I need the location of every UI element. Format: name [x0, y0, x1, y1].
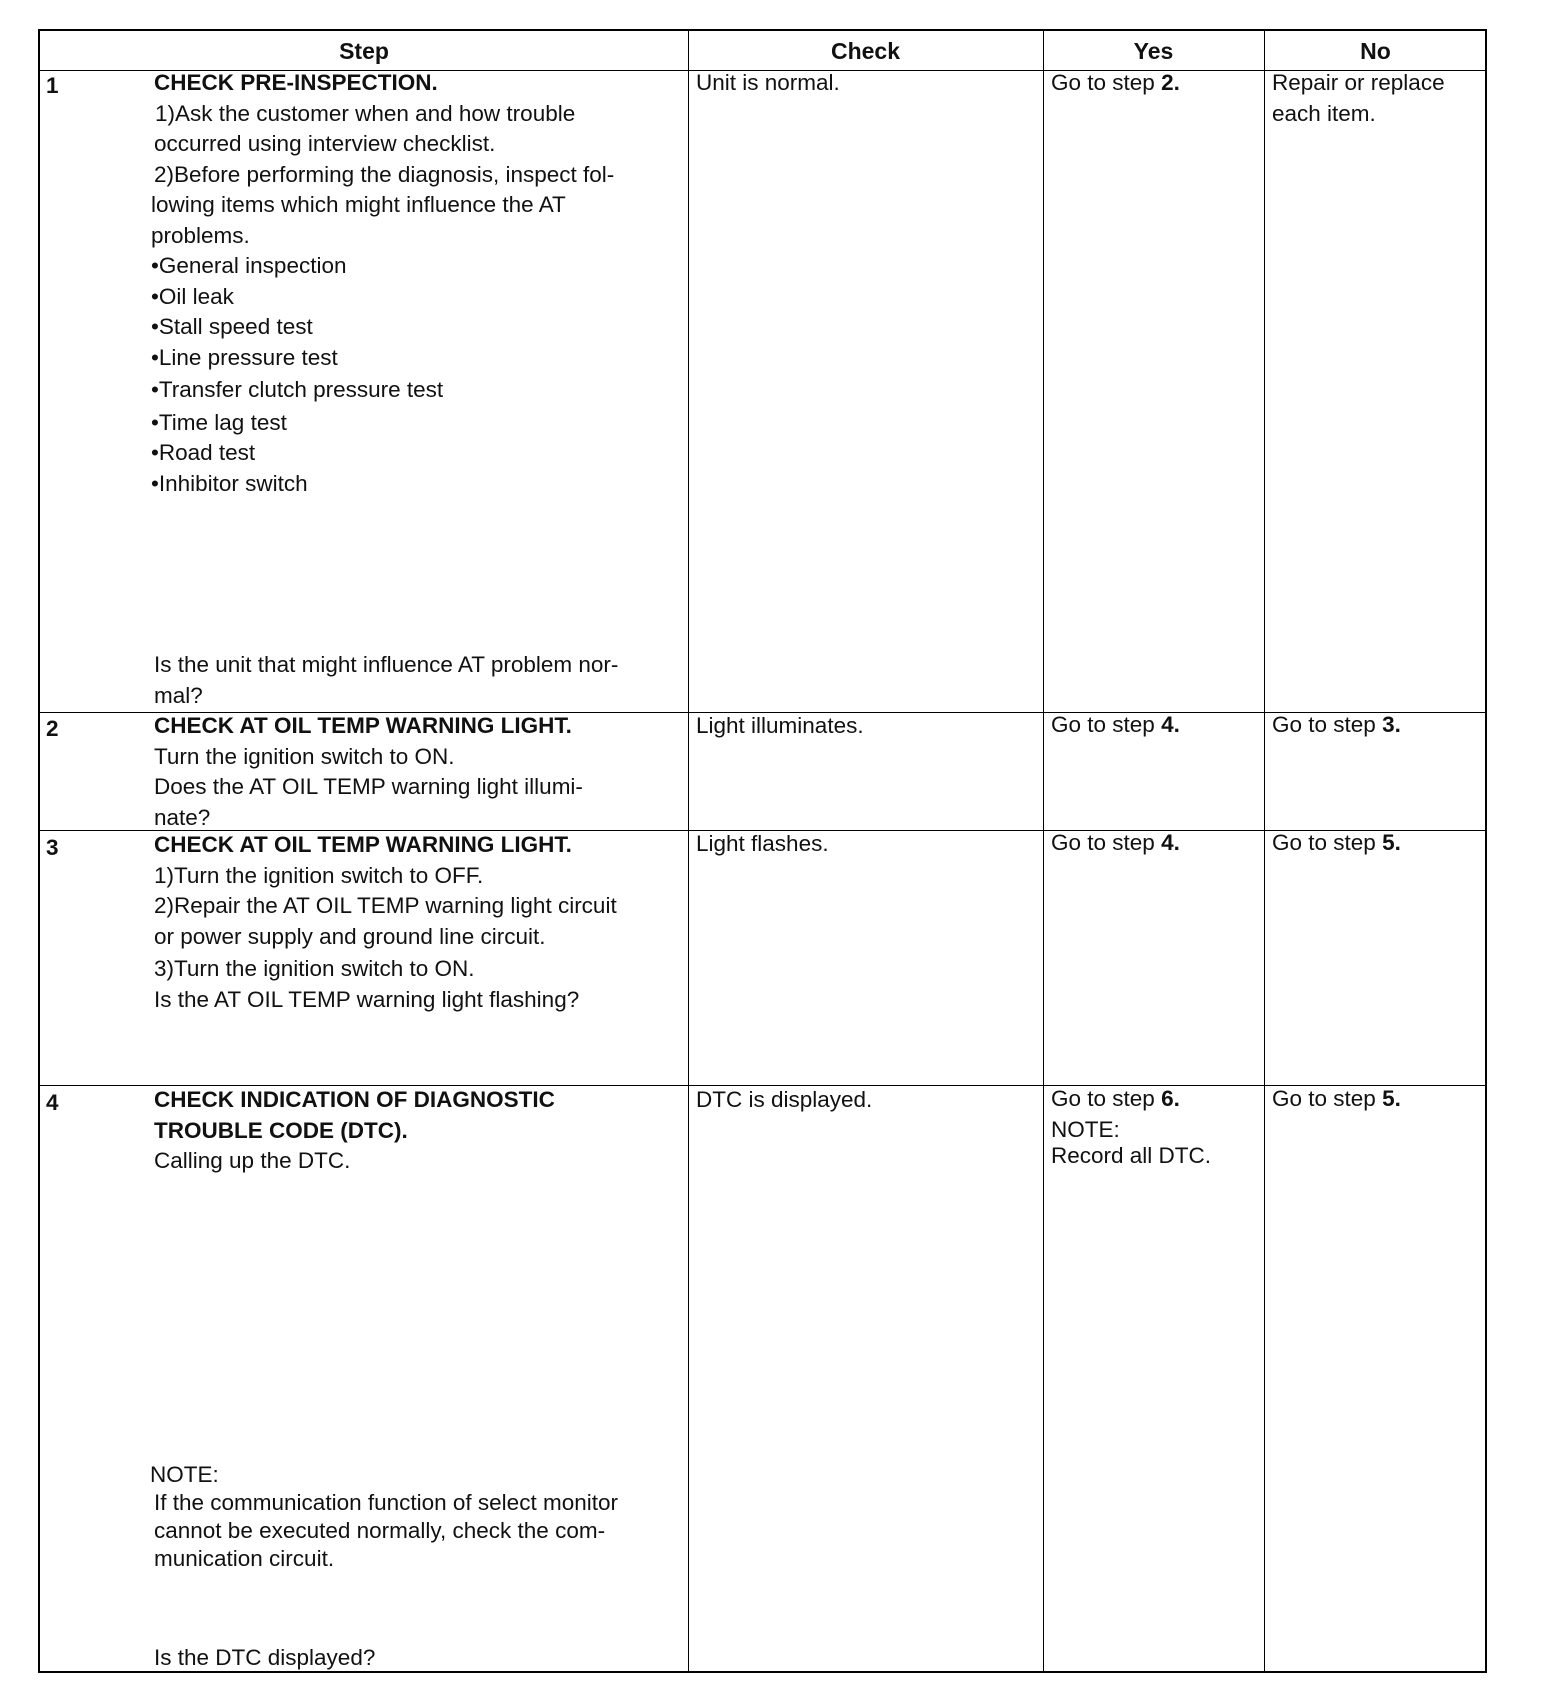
step-title: CHECK AT OIL TEMP WARNING LIGHT.	[154, 830, 617, 861]
step-content: CHECK AT OIL TEMP WARNING LIGHT. 1)Turn …	[154, 830, 617, 1015]
note-line: If the communication function of select …	[154, 1489, 618, 1517]
step-title: CHECK PRE-INSPECTION.	[154, 68, 614, 99]
bullet-item: •Road test	[151, 438, 614, 469]
step-title: CHECK AT OIL TEMP WARNING LIGHT.	[154, 711, 583, 742]
bullet-item: •Oil leak	[151, 282, 614, 313]
check-text: Light flashes.	[696, 829, 829, 860]
yes-note-label: NOTE:	[1051, 1117, 1211, 1143]
step-line: Turn the ignition switch to ON.	[154, 742, 583, 773]
no-prefix: Go to step	[1272, 1086, 1382, 1111]
yes-prefix: Go to step	[1051, 1086, 1161, 1111]
bullet-item: •Line pressure test	[151, 343, 614, 374]
no-prefix: Go to step	[1272, 830, 1382, 855]
no-line: each item.	[1272, 99, 1445, 130]
no-prefix: Go to step	[1272, 712, 1382, 737]
step-line: Does the AT OIL TEMP warning light illum…	[154, 772, 583, 803]
column-divider	[688, 31, 689, 1671]
step-line: lowing items which might influence the A…	[151, 190, 614, 221]
yes-prefix: Go to step	[1051, 70, 1161, 95]
no-action: Go to step 3.	[1272, 710, 1401, 741]
step-line: problems.	[151, 221, 614, 252]
question-line: Is the unit that might influence AT prob…	[154, 650, 618, 681]
note-line: munication circuit.	[154, 1545, 618, 1573]
column-divider	[1043, 31, 1044, 1671]
no-action: Go to step 5.	[1272, 1084, 1401, 1115]
step-line: 1)Turn the ignition switch to OFF.	[154, 861, 617, 892]
no-step-ref: 5.	[1382, 1086, 1401, 1111]
yes-action: Go to step 6. NOTE: Record all DTC.	[1051, 1084, 1211, 1169]
bullet-item: •Time lag test	[151, 408, 614, 439]
step-line: 3)Turn the ignition switch to ON.	[154, 954, 617, 985]
yes-note-text: Record all DTC.	[1051, 1143, 1211, 1169]
header-no: No	[1264, 31, 1487, 72]
no-step-ref: 5.	[1382, 830, 1401, 855]
step-content: CHECK AT OIL TEMP WARNING LIGHT. Turn th…	[154, 711, 583, 833]
header-yes: Yes	[1043, 31, 1264, 72]
step-line: Is the AT OIL TEMP warning light flashin…	[154, 985, 617, 1016]
step-number: 2	[46, 714, 59, 745]
no-action: Go to step 5.	[1272, 828, 1401, 859]
yes-prefix: Go to step	[1051, 712, 1161, 737]
step-content: CHECK PRE-INSPECTION. 1)Ask the customer…	[154, 68, 614, 499]
check-text: Unit is normal.	[696, 68, 840, 99]
step-title: CHECK INDICATION OF DIAGNOSTIC	[154, 1085, 555, 1116]
question-line: mal?	[154, 681, 618, 712]
yes-step-ref: 4.	[1161, 830, 1180, 855]
step-number: 3	[46, 833, 59, 864]
step-content: CHECK INDICATION OF DIAGNOSTIC TROUBLE C…	[154, 1085, 555, 1177]
bullet-item: •Inhibitor switch	[151, 469, 614, 500]
no-action: Repair or replace each item.	[1272, 68, 1445, 129]
column-divider	[1264, 31, 1265, 1671]
yes-step-ref: 6.	[1161, 1086, 1180, 1111]
yes-prefix: Go to step	[1051, 830, 1161, 855]
step-line: nate?	[154, 803, 583, 834]
step-line: Calling up the DTC.	[154, 1146, 555, 1177]
check-text: Light illuminates.	[696, 711, 864, 742]
step-line: occurred using interview checklist.	[154, 129, 614, 160]
step-number: 1	[46, 71, 59, 102]
yes-step-ref: 4.	[1161, 712, 1180, 737]
step-question: Is the DTC displayed?	[154, 1643, 375, 1674]
yes-action: Go to step 2.	[1051, 68, 1180, 99]
step-line: 2)Repair the AT OIL TEMP warning light c…	[154, 891, 617, 922]
step-title: TROUBLE CODE (DTC).	[154, 1116, 555, 1147]
step-number: 4	[46, 1088, 59, 1119]
step-line: 2)Before performing the diagnosis, inspe…	[154, 160, 614, 191]
no-line: Repair or replace	[1272, 68, 1445, 99]
bullet-item: •General inspection	[151, 251, 614, 282]
step-note: NOTE: If the communication function of s…	[150, 1461, 618, 1573]
header-check: Check	[688, 31, 1043, 72]
header-step: Step	[40, 31, 688, 72]
bullet-item: •Transfer clutch pressure test	[151, 375, 614, 406]
diagnostic-table: Step Check Yes No 1 CHECK PRE-INSPECTION…	[38, 29, 1487, 1673]
check-text: DTC is displayed.	[696, 1085, 872, 1116]
yes-action: Go to step 4.	[1051, 710, 1180, 741]
note-label: NOTE:	[150, 1461, 618, 1489]
yes-action: Go to step 4.	[1051, 828, 1180, 859]
no-step-ref: 3.	[1382, 712, 1401, 737]
step-line: or power supply and ground line circuit.	[154, 922, 617, 953]
step-line: 1)Ask the customer when and how trouble	[155, 99, 614, 130]
step-question: Is the unit that might influence AT prob…	[154, 650, 618, 711]
yes-step-ref: 2.	[1161, 70, 1180, 95]
bullet-item: •Stall speed test	[151, 312, 614, 343]
note-line: cannot be executed normally, check the c…	[154, 1517, 618, 1545]
